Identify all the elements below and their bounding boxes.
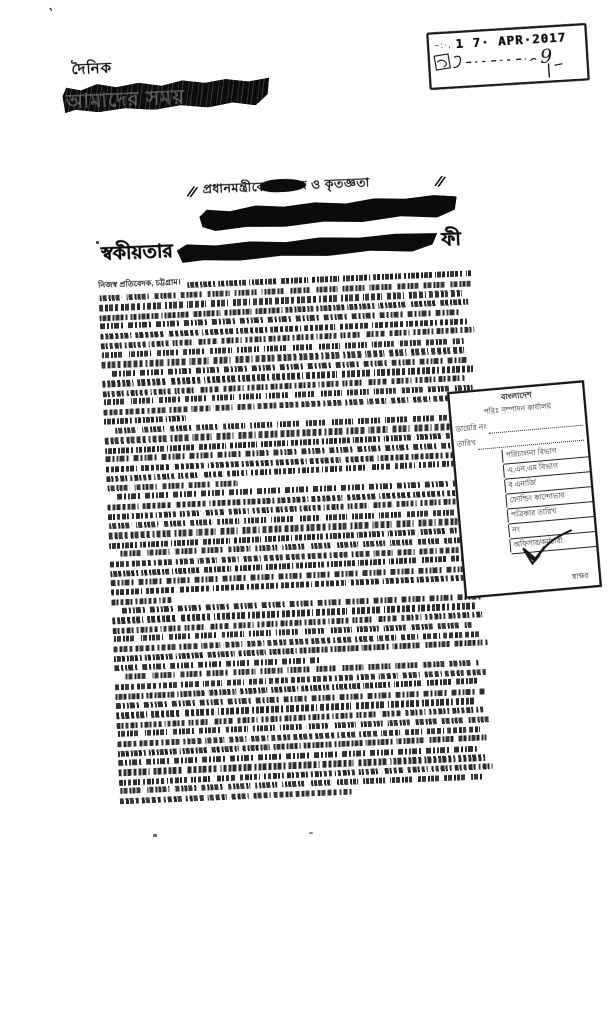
hand-digit: 9: [539, 45, 552, 68]
scanner-speck: [153, 834, 157, 837]
masthead-logo-text: আমাদের সময়: [65, 79, 273, 121]
signature-label: স্বাক্ষর: [571, 571, 589, 584]
scanner-speck: [96, 241, 99, 244]
checkmark-icon: [504, 526, 578, 576]
stamp-field-label: ডায়েরি নং: [455, 422, 487, 437]
article-body: [99, 280, 494, 804]
kicker-slash-right: //: [432, 173, 446, 190]
scanner-speck: [309, 832, 313, 834]
kicker-row: // প্রধানমন্ত্রীকে ধন্যবাদ ও কৃতজ্ঞতা //: [188, 171, 443, 202]
routing-stamp: বাংলাদেশ পরিঃ সম্পাদন কার্যালয় ডায়েরি …: [447, 380, 602, 598]
article-paragraph: [112, 593, 488, 672]
date-stamp-scribble: ~:·,: [434, 38, 452, 50]
headline-side-mark: A: [480, 193, 487, 203]
newsprint-line: [104, 415, 186, 425]
article-paragraph: [99, 280, 476, 368]
headline-visible-start: স্বকীয়তার: [100, 237, 173, 272]
newsprint-line: [111, 596, 171, 605]
kicker-text: প্রধানমন্ত্রীকে ধন্যবাদ ও কৃতজ্ঞতা: [202, 172, 428, 201]
stamp-field-label: তারিখ: [456, 438, 476, 452]
article-paragraph: [114, 659, 493, 804]
news-clipping: // প্রধানমন্ত্রীকে ধন্যবাদ ও কৃতজ্ঞতা //…: [92, 170, 494, 807]
headline-line2: স্বকীয়তার ফী: [100, 225, 461, 272]
received-date-stamp: ~:·, 1 7· APR·2017 9: [426, 23, 589, 90]
newspaper-masthead: দৈনিক আমাদের সময়: [61, 49, 278, 113]
redacted-headline-line2: [176, 231, 438, 264]
article-paragraph: [104, 413, 480, 492]
kicker-slash-left: //: [185, 183, 199, 200]
scanner-stray-mark: `: [45, 6, 54, 24]
scanned-document-page: ` দৈনিক আমাদের সময় ~:·, 1 7· APR·2017 9: [0, 0, 608, 1024]
headline-visible-end: ফী: [441, 225, 462, 258]
byline: নিজস্ব প্রতিবেদক, চট্টগ্রাম।: [98, 276, 181, 292]
masthead-prefix: দৈনিক: [71, 49, 277, 83]
